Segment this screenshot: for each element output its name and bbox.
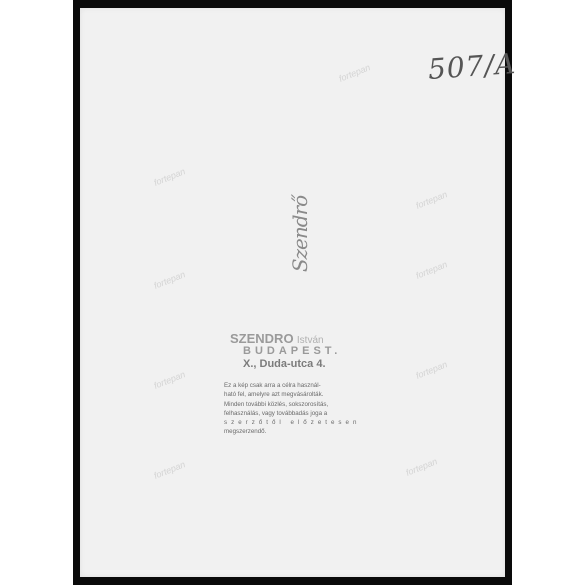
notice-line: Minden további közlés, sokszorosítás,	[224, 400, 364, 409]
copyright-notice: Ez a kép csak arra a célra használ- ható…	[224, 381, 364, 437]
notice-line: ható fel, amelyre azt megvásárolták.	[224, 390, 364, 399]
stamp-city: BUDAPEST.	[243, 345, 341, 357]
handwritten-catalog-number: 507/A	[427, 47, 517, 86]
notice-line: megszerzendő.	[224, 427, 364, 436]
stamp-address: X., Duda-utca 4.	[243, 358, 326, 370]
notice-line: felhasználás, vagy továbbadás joga a	[224, 409, 364, 418]
notice-line: szerzőtől előzetesen	[224, 418, 364, 427]
stamp-surname: SZENDRO	[230, 331, 294, 346]
notice-line: Ez a kép csak arra a célra használ-	[224, 381, 364, 390]
stamp-photographer-name: SZENDRO István	[230, 331, 324, 346]
photo-paper-back	[80, 8, 505, 577]
handwritten-signature: Szendrő	[288, 196, 312, 272]
